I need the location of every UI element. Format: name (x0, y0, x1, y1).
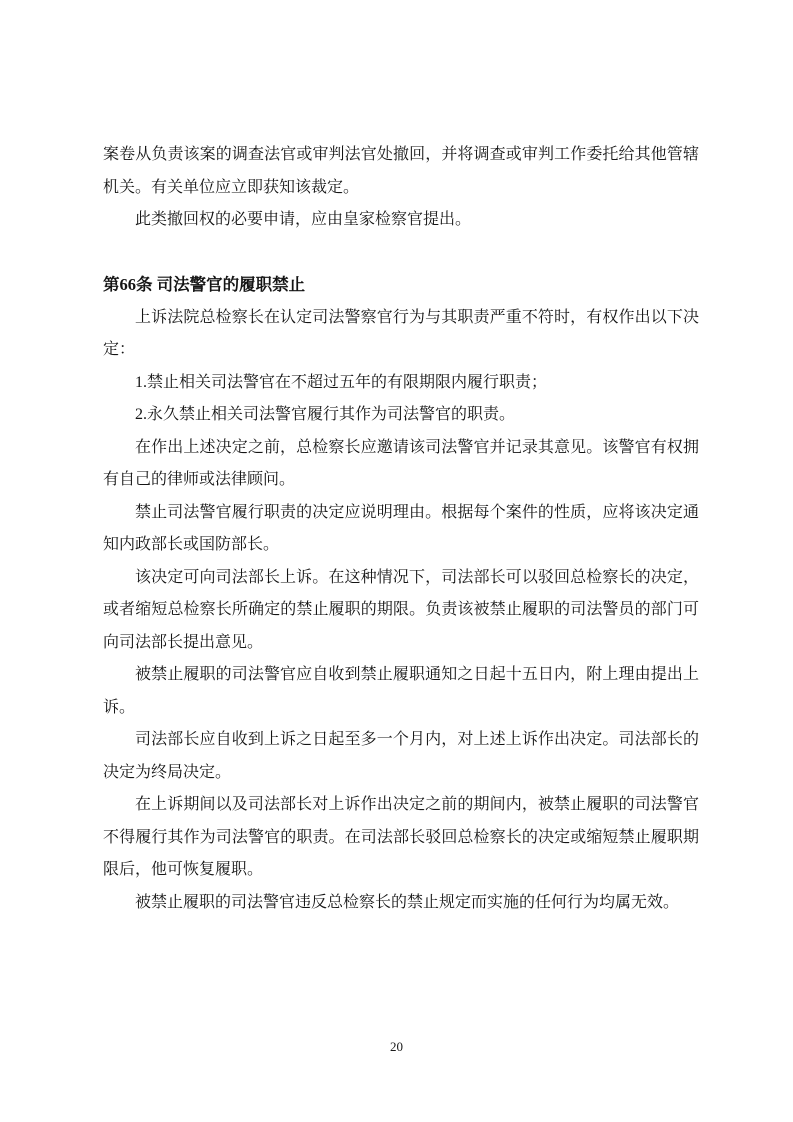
paragraph: 上诉法院总检察长在认定司法警察官行为与其职责严重不符时，有权作出以下决定： (103, 302, 699, 367)
document-page: 案卷从负责该案的调查法官或审判法官处撤回，并将调查或审判工作委托给其他管辖机关。… (0, 0, 793, 1122)
list-item-1: 1.禁止相关司法警官在不超过五年的有限期限内履行职责； (103, 367, 699, 400)
paragraph: 在作出上述决定之前，总检察长应邀请该司法警官并记录其意见。该警官有权拥有自己的律… (103, 432, 699, 497)
paragraph-continuation: 案卷从负责该案的调查法官或审判法官处撤回，并将调查或审判工作委托给其他管辖机关。… (103, 139, 699, 204)
paragraph: 该决定可向司法部长上诉。在这种情况下，司法部长可以驳回总检察长的决定，或者缩短总… (103, 562, 699, 660)
paragraph: 司法部长应自收到上诉之日起至多一个月内，对上述上诉作出决定。司法部长的决定为终局… (103, 724, 699, 789)
paragraph: 被禁止履职的司法警官应自收到禁止履职通知之日起十五日内，附上理由提出上诉。 (103, 659, 699, 724)
article-heading: 第66条 司法警官的履职禁止 (103, 269, 699, 302)
paragraph: 禁止司法警官履行职责的决定应说明理由。根据每个案件的性质，应将该决定通知内政部长… (103, 497, 699, 562)
paragraph: 被禁止履职的司法警官违反总检察长的禁止规定而实施的任何行为均属无效。 (103, 887, 699, 920)
page-content: 案卷从负责该案的调查法官或审判法官处撤回，并将调查或审判工作委托给其他管辖机关。… (103, 139, 699, 919)
list-item-2: 2.永久禁止相关司法警官履行其作为司法警官的职责。 (103, 399, 699, 432)
paragraph: 在上诉期间以及司法部长对上诉作出决定之前的期间内，被禁止履职的司法警官不得履行其… (103, 789, 699, 887)
paragraph: 此类撤回权的必要申请，应由皇家检察官提出。 (103, 204, 699, 237)
page-number: 20 (0, 1038, 793, 1056)
